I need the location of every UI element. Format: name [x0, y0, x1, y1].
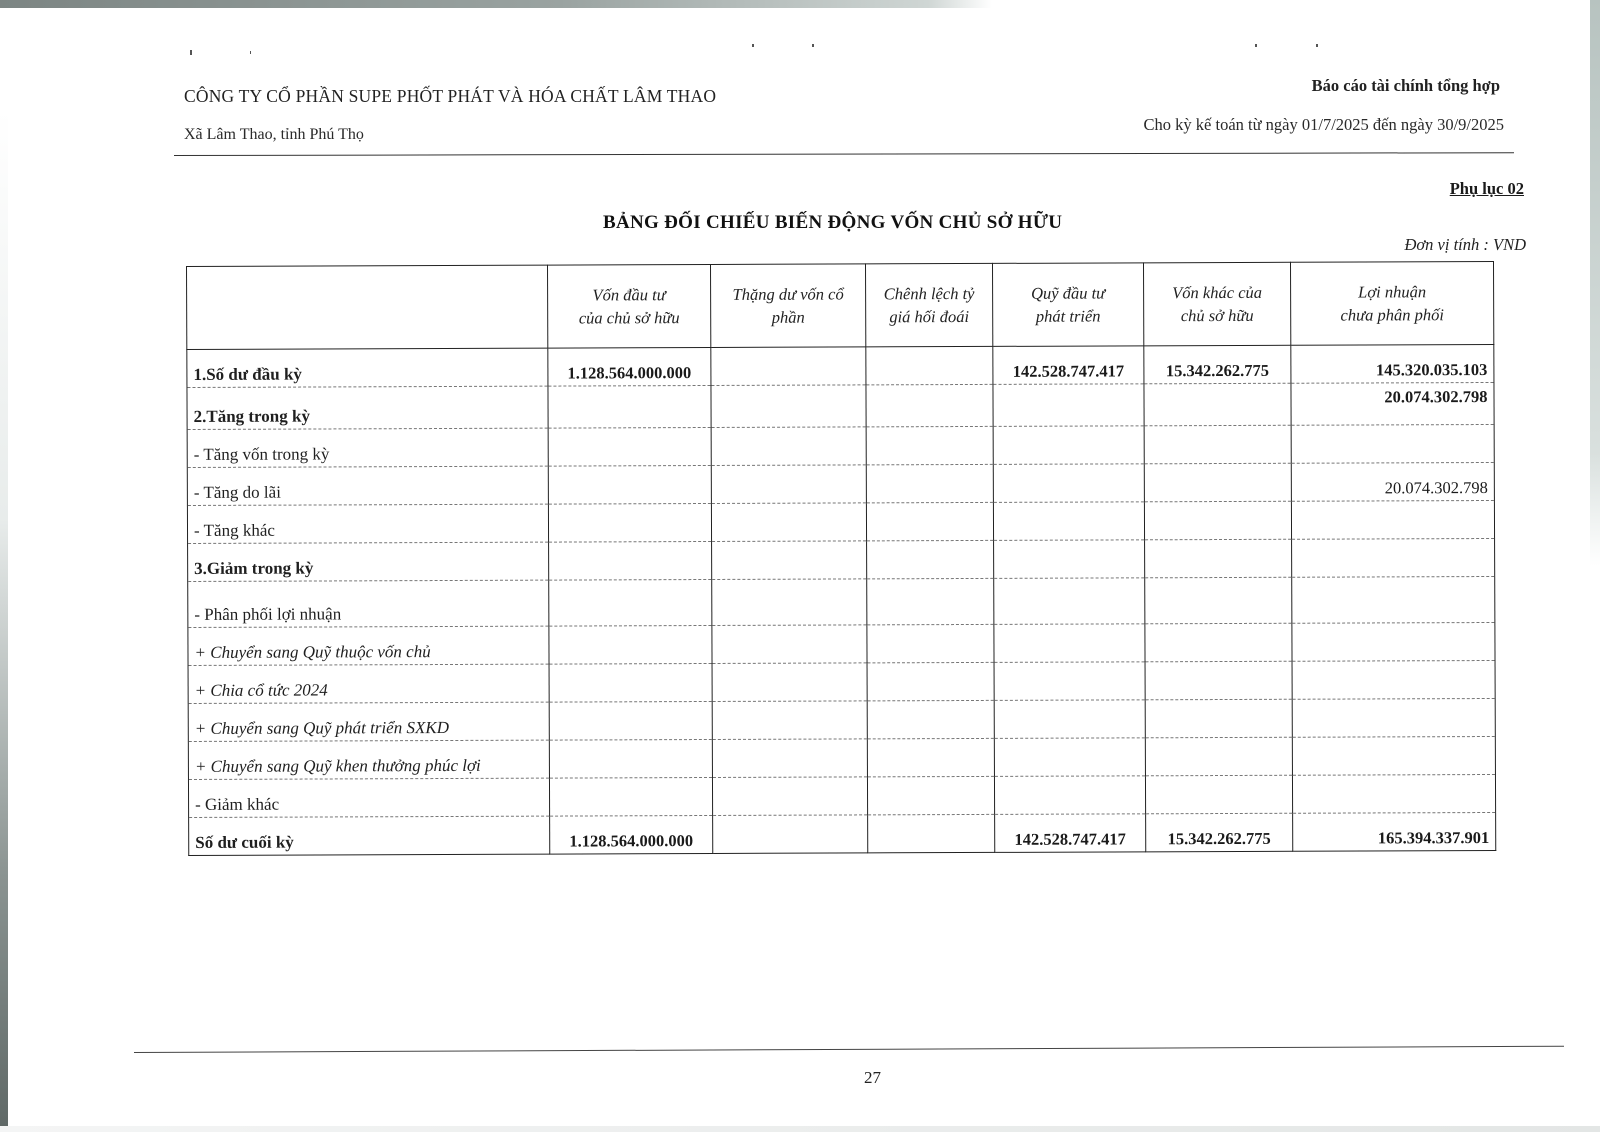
cell-value	[1145, 577, 1292, 624]
cell-value	[1292, 736, 1495, 775]
cell-value: 15.342.262.775	[1146, 813, 1293, 852]
punch-mark	[1316, 44, 1318, 47]
table-row: - Phân phối lợi nhuận	[188, 576, 1495, 627]
page-number: 27	[864, 1068, 881, 1088]
cell-value	[712, 541, 867, 580]
punch-mark	[1255, 44, 1257, 47]
cell-value: 142.528.747.417	[993, 346, 1144, 385]
cell-value	[993, 384, 1144, 427]
cell-value	[549, 663, 712, 702]
row-label: - Phân phối lợi nhuận	[188, 580, 549, 627]
cell-value	[549, 579, 712, 626]
row-label: + Chuyển sang Quỹ khen thưởng phúc lợi	[188, 740, 549, 779]
cell-value	[712, 625, 867, 664]
column-header: Vốn khác củachủ sở hữu	[1143, 262, 1290, 346]
row-label: Số dư cuối kỳ	[189, 816, 550, 855]
document-title: BẢNG ĐỐI CHIẾU BIẾN ĐỘNG VỐN CHỦ SỞ HỮU	[603, 212, 1062, 234]
cell-value	[993, 502, 1144, 541]
report-title: Báo cáo tài chính tổng hợp	[1312, 76, 1500, 96]
cell-value	[1144, 383, 1291, 426]
scan-edge-right	[1590, 0, 1600, 1132]
table-header-row: Vốn đầu tưcủa chủ sở hữuThặng dư vốn cổp…	[187, 261, 1494, 349]
cell-value	[994, 662, 1145, 701]
cell-value	[712, 579, 867, 626]
cell-value: 20.074.302.798	[1291, 462, 1494, 501]
cell-value	[549, 777, 712, 816]
cell-value	[994, 738, 1145, 777]
cell-value	[548, 385, 711, 428]
cell-value	[867, 776, 994, 814]
cell-value	[994, 700, 1145, 739]
cell-value: 1.128.564.000.000	[548, 347, 711, 386]
cell-value	[549, 701, 712, 740]
column-header: Chênh lệch tỷgiá hối đoái	[865, 263, 992, 346]
company-name: CÔNG TY CỔ PHẦN SUPE PHỐT PHÁT VÀ HÓA CH…	[184, 86, 716, 107]
cell-value	[711, 465, 866, 504]
cell-value	[866, 346, 993, 384]
cell-value	[712, 739, 867, 778]
cell-value	[712, 663, 867, 702]
cell-value	[994, 540, 1145, 579]
cell-value	[994, 578, 1145, 625]
cell-value	[1145, 661, 1292, 700]
cell-value	[866, 426, 993, 464]
column-header: Thặng dư vốn cổphần	[710, 264, 865, 348]
column-header: Quỹ đầu tưphát triển	[992, 263, 1143, 347]
table-row: + Chuyển sang Quỹ thuộc vốn chủ	[188, 622, 1495, 665]
cell-value	[1291, 500, 1494, 539]
cell-value	[866, 464, 993, 502]
cell-value	[711, 385, 866, 428]
cell-value	[1292, 622, 1495, 661]
scan-edge-left	[0, 110, 8, 1132]
equity-reconciliation-table: Vốn đầu tưcủa chủ sở hữuThặng dư vốn cổp…	[186, 261, 1496, 856]
column-header: Lợi nhuậnchưa phân phối	[1290, 261, 1493, 345]
cell-value	[1145, 623, 1292, 662]
equity-table-container: Vốn đầu tưcủa chủ sở hữuThặng dư vốn cổp…	[186, 261, 1496, 856]
column-header: Vốn đầu tưcủa chủ sở hữu	[547, 264, 710, 348]
cell-value	[867, 662, 994, 700]
cell-value: 145.320.035.103	[1291, 344, 1494, 383]
table-row: + Chuyển sang Quỹ khen thưởng phúc lợi	[188, 736, 1495, 779]
row-label: - Giảm khác	[188, 778, 549, 817]
column-header-item	[187, 265, 548, 349]
cell-value	[711, 427, 866, 466]
header-divider	[174, 152, 1514, 156]
table-row: 1.Số dư đầu kỳ1.128.564.000.000142.528.7…	[187, 344, 1494, 387]
row-label: - Tăng do lãi	[187, 466, 548, 505]
cell-value	[1145, 699, 1292, 738]
cell-value	[993, 426, 1144, 465]
table-row: - Tăng do lãi20.074.302.798	[187, 462, 1494, 505]
row-label: 3.Giảm trong kỳ	[188, 542, 549, 581]
cell-value	[548, 465, 711, 504]
punch-mark	[752, 44, 754, 47]
cell-value	[1292, 576, 1495, 623]
cell-value	[548, 503, 711, 542]
cell-value	[993, 464, 1144, 503]
table-row: 3.Giảm trong kỳ	[188, 538, 1495, 581]
table-row: - Tăng vốn trong kỳ	[187, 424, 1494, 467]
cell-value	[1145, 737, 1292, 776]
footer-divider	[134, 1046, 1564, 1053]
cell-value	[1145, 775, 1292, 814]
cell-value	[1292, 538, 1495, 577]
cell-value	[711, 347, 866, 386]
punch-mark	[250, 51, 251, 54]
table-row: + Chia cổ tức 2024	[188, 660, 1495, 703]
cell-value	[994, 776, 1145, 815]
table-row: + Chuyển sang Quỹ phát triển SXKD	[188, 698, 1495, 741]
table-row: 2.Tăng trong kỳ20.074.302.798	[187, 382, 1494, 429]
cell-value	[1144, 425, 1291, 464]
row-label: 2.Tăng trong kỳ	[187, 386, 548, 429]
cell-value	[868, 814, 995, 852]
row-label: - Tăng khác	[187, 504, 548, 543]
cell-value	[1291, 424, 1494, 463]
cell-value	[1292, 774, 1495, 813]
row-label: + Chia cổ tức 2024	[188, 664, 549, 703]
cell-value: 165.394.337.901	[1293, 812, 1496, 851]
cell-value	[549, 739, 712, 778]
cell-value	[711, 503, 866, 542]
punch-mark	[190, 50, 192, 55]
cell-value: 15.342.262.775	[1144, 345, 1291, 384]
cell-value	[867, 624, 994, 662]
cell-value	[1144, 463, 1291, 502]
table-row: - Tăng khác	[187, 500, 1494, 543]
cell-value	[994, 624, 1145, 663]
cell-value	[867, 738, 994, 776]
cell-value	[867, 540, 994, 578]
unit-label: Đơn vị tính : VND	[1404, 235, 1526, 255]
table-body: 1.Số dư đầu kỳ1.128.564.000.000142.528.7…	[187, 344, 1496, 855]
row-label: + Chuyển sang Quỹ thuộc vốn chủ	[188, 626, 549, 665]
cell-value	[712, 777, 867, 816]
cell-value	[1144, 501, 1291, 540]
table-row: Số dư cuối kỳ1.128.564.000.000142.528.74…	[189, 812, 1496, 855]
punch-mark	[812, 44, 814, 47]
cell-value	[548, 427, 711, 466]
cell-value	[1292, 660, 1495, 699]
company-address: Xã Lâm Thao, tỉnh Phú Thọ	[184, 126, 364, 144]
cell-value: 20.074.302.798	[1291, 382, 1494, 425]
appendix-label: Phụ lục 02	[1450, 179, 1524, 199]
cell-value	[866, 502, 993, 540]
cell-value: 142.528.747.417	[995, 814, 1146, 853]
cell-value	[867, 700, 994, 738]
cell-value	[713, 815, 868, 854]
row-label: + Chuyển sang Quỹ phát triển SXKD	[188, 702, 549, 741]
table-row: - Giảm khác	[188, 774, 1495, 817]
cell-value	[549, 625, 712, 664]
scan-edge-top	[0, 0, 1600, 8]
cell-value: 1.128.564.000.000	[550, 815, 713, 854]
cell-value	[866, 384, 993, 426]
cell-value	[549, 541, 712, 580]
cell-value	[712, 701, 867, 740]
cell-value	[1292, 698, 1495, 737]
report-period: Cho kỳ kế toán từ ngày 01/7/2025 đến ngà…	[1144, 115, 1504, 135]
cell-value	[1145, 539, 1292, 578]
scan-edge-bottom	[0, 1126, 1600, 1132]
cell-value	[867, 578, 994, 624]
row-label: - Tăng vốn trong kỳ	[187, 428, 548, 467]
row-label: 1.Số dư đầu kỳ	[187, 348, 548, 387]
